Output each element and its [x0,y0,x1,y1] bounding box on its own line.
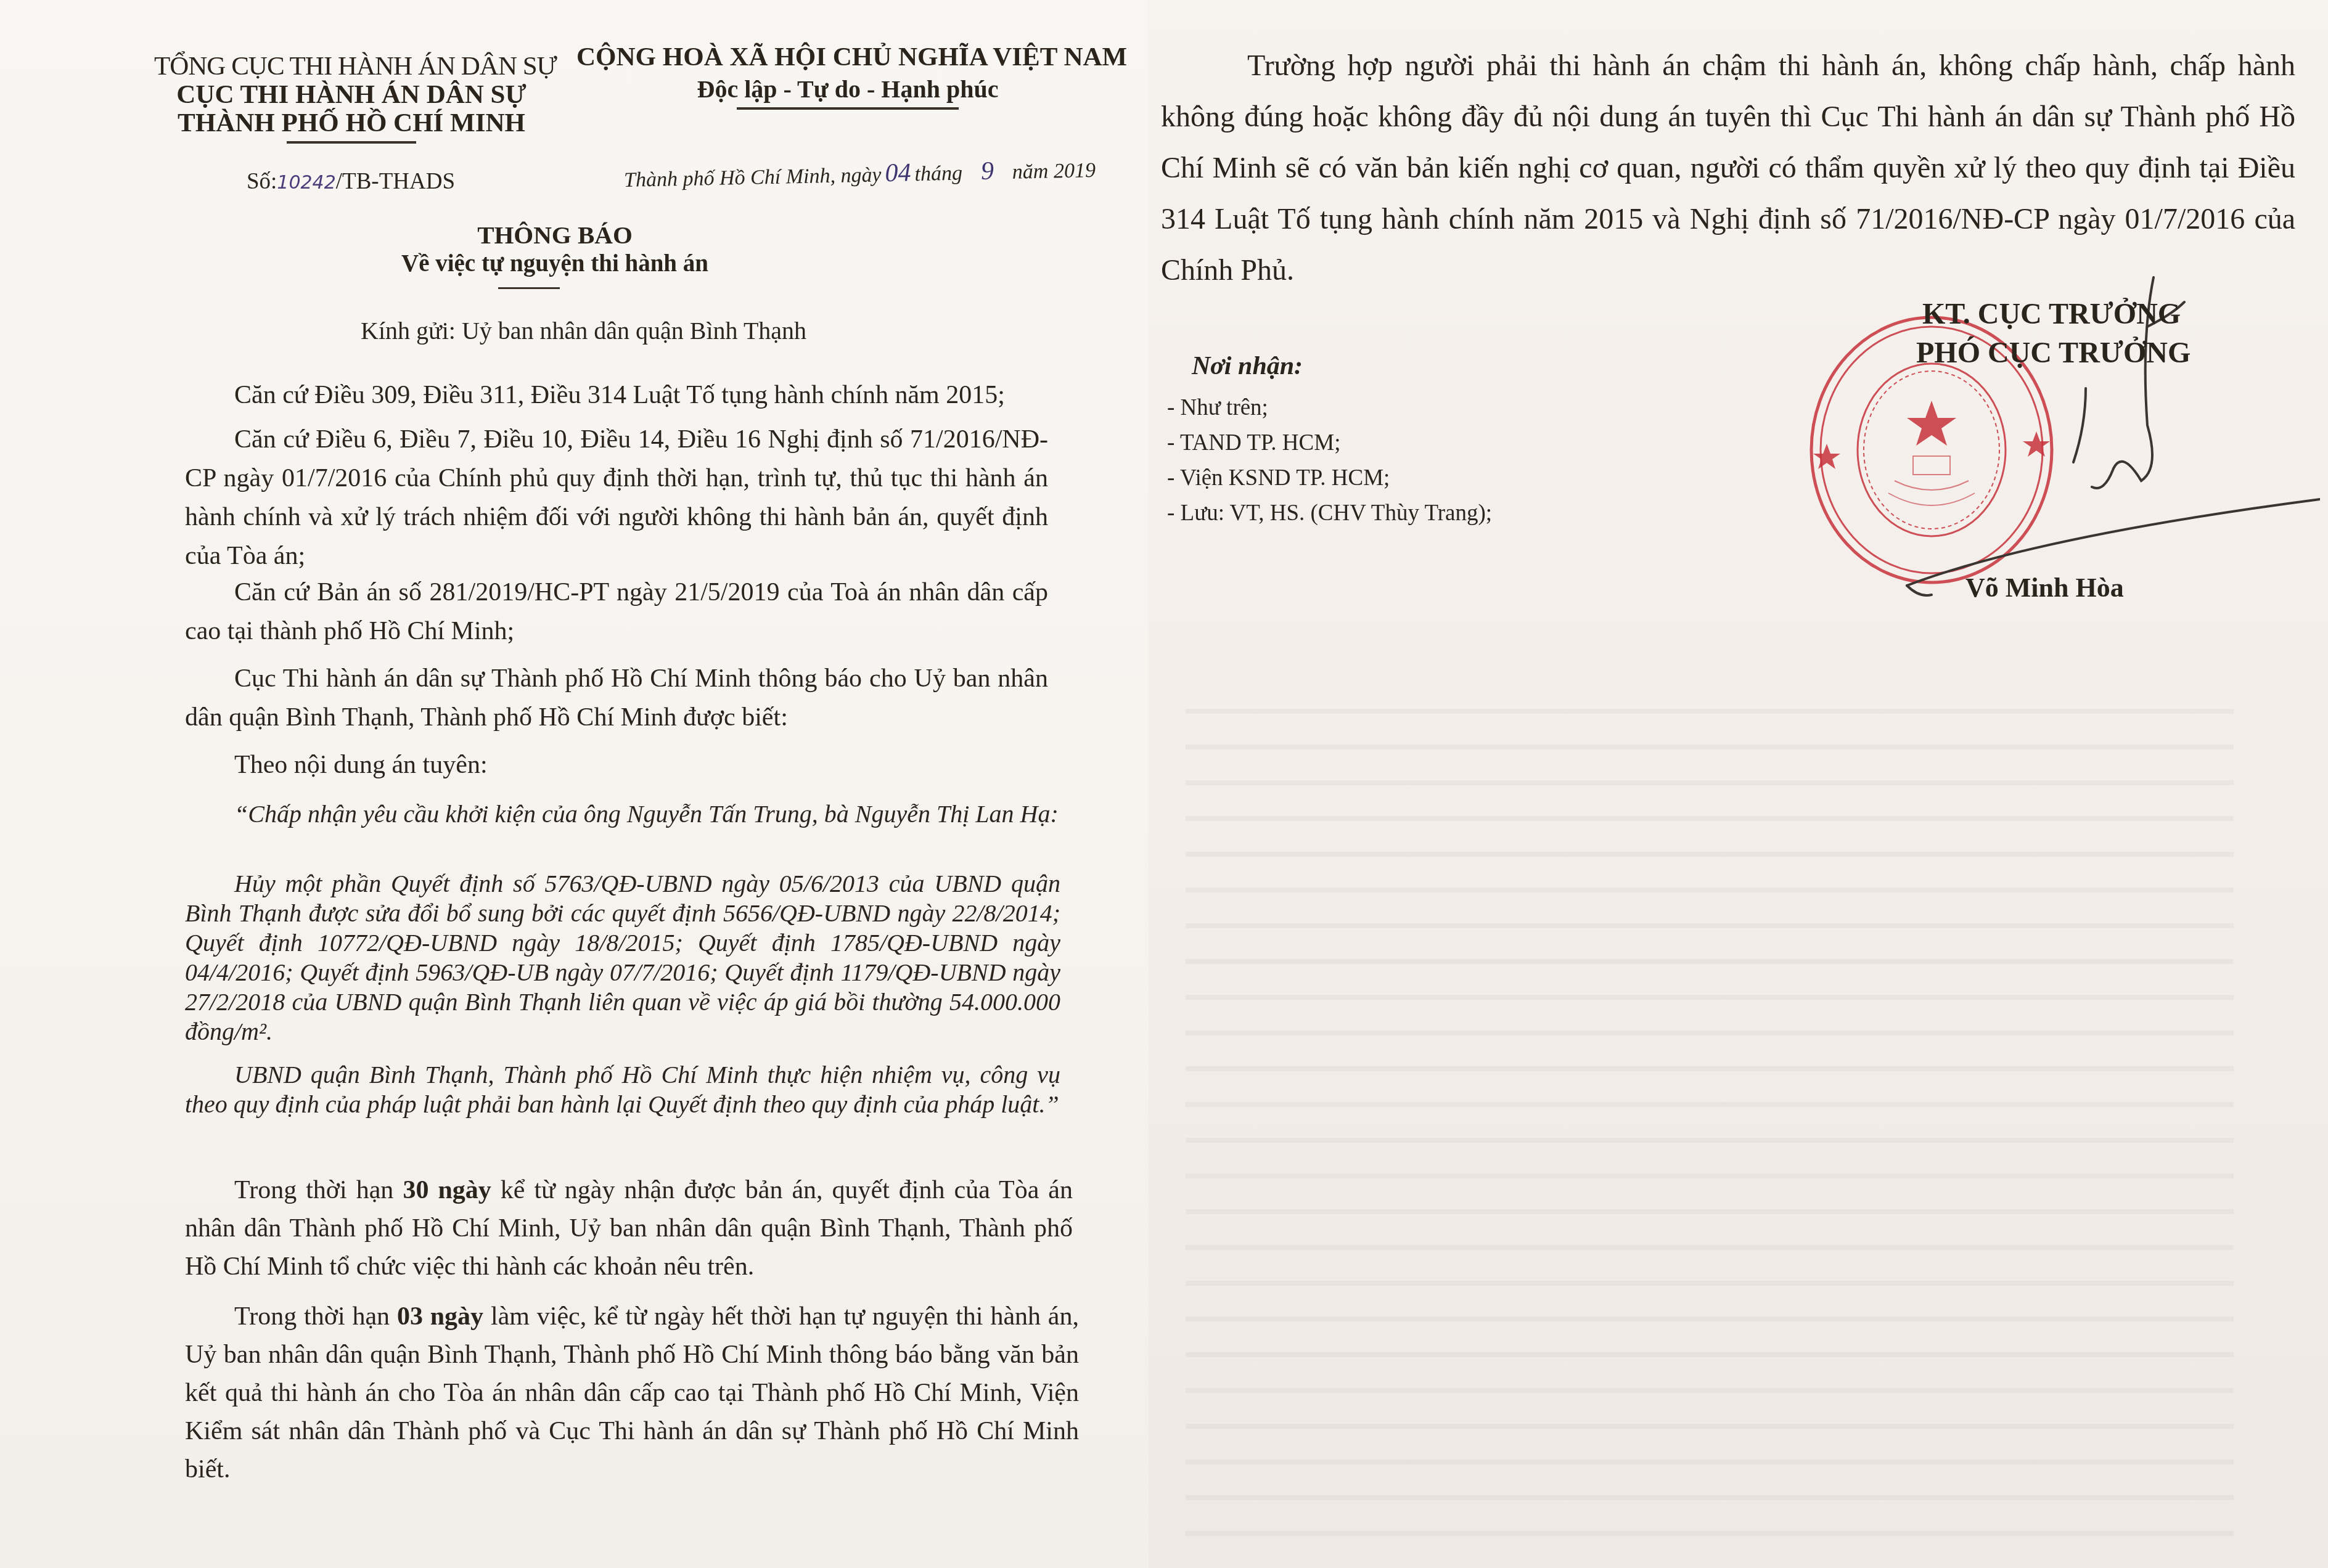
quote-line-1: “Chấp nhận yêu cầu khởi kiện của ông Ngu… [185,796,1060,832]
legal-basis-3: Căn cứ Bản án số 281/2019/HC-PT ngày 21/… [185,573,1048,651]
deadline-30-before: Trong thời hạn [234,1176,403,1204]
document-number-prefix: Số: [247,169,277,194]
recipient-item: - TAND TP. HCM; [1167,430,1340,456]
recipient-line: Kính gửi: Uỷ ban nhân dân quận Bình Thạn… [361,311,806,350]
agency-underline [287,141,416,144]
recipient-item: - Như trên; [1167,394,1268,421]
agency-line-2: CỤC THI HÀNH ÁN DÂN SỰ [154,81,549,109]
national-header: CỘNG HOÀ XÃ HỘI CHỦ NGHĨA VIỆT NAM Độc l… [576,42,1119,110]
document-title: THÔNG BÁO [247,220,863,250]
date-month-label: tháng [914,162,962,186]
signature-title-line-1: KT. CỤC TRƯỞNG [1922,297,2181,331]
right-page: Trường hợp người phải thi hành án chậm t… [1149,0,2328,1568]
national-title: CỘNG HOÀ XÃ HỘI CHỦ NGHĨA VIỆT NAM [576,42,1119,72]
deadline-03-paragraph: Trong thời hạn 03 ngày làm việc, kể từ n… [185,1297,1079,1488]
date-month: 9 [962,157,1012,186]
document-subtitle: Về việc tự nguyện thi hành án [247,250,863,277]
legal-basis-1: Căn cứ Điều 309, Điều 311, Điều 314 Luật… [185,376,1085,415]
agency-line-3: THÀNH PHỐ HỒ CHÍ MINH [154,109,549,137]
date-day: 04 [881,158,915,187]
quote-line-3: UBND quận Bình Thạnh, Thành phố Hồ Chí M… [185,1060,1060,1119]
motto-underline [737,107,959,110]
recipients-label: Nơi nhận: [1192,351,1303,381]
deadline-30-bold: 30 ngày [403,1176,491,1204]
agency-header: TỔNG CỤC THI HÀNH ÁN DÂN SỰ CỤC THI HÀNH… [154,52,549,144]
enforcement-paragraph: Trường hợp người phải thi hành án chậm t… [1161,40,2295,296]
recipient-item: - Lưu: VT, HS. (CHV Thùy Trang); [1167,500,1492,526]
quote-line-2: Hủy một phần Quyết định số 5763/QĐ-UBND … [185,869,1060,1047]
signer-name: Võ Minh Hòa [1965,572,2124,603]
subtitle-underline [498,287,560,289]
legal-basis-2: Căn cứ Điều 6, Điều 7, Điều 10, Điều 14,… [185,420,1048,576]
deadline-30-paragraph: Trong thời hạn 30 ngày kể từ ngày nhận đ… [185,1171,1073,1286]
date-prefix: Thành phố Hồ Chí Minh, ngày [624,163,882,192]
recipient-item: - Viện KSND TP. HCM; [1167,465,1390,491]
document-number-suffix: /TB-THADS [336,169,455,194]
deadline-03-before: Trong thời hạn [234,1302,397,1331]
notice-intro: Cục Thi hành án dân sự Thành phố Hồ Chí … [185,659,1048,737]
national-motto: Độc lập - Tự do - Hạnh phúc [576,75,1119,104]
date-line: Thành phố Hồ Chí Minh, ngày04tháng9năm 2… [624,154,1096,194]
document-number: Số:10242/TB-THADS [247,168,455,195]
left-page: TỔNG CỤC THI HÀNH ÁN DÂN SỰ CỤC THI HÀNH… [0,0,1149,1568]
agency-line-1: TỔNG CỤC THI HÀNH ÁN DÂN SỰ [154,52,549,81]
signature-title-line-2: PHÓ CỤC TRƯỞNG [1916,336,2191,370]
date-year: năm 2019 [1012,159,1096,184]
verdict-intro: Theo nội dung án tuyên: [185,746,1048,785]
deadline-03-bold: 03 ngày [397,1302,483,1331]
document-number-handwritten: 10242 [277,172,335,194]
bleed-through-text [1186,678,2234,1541]
